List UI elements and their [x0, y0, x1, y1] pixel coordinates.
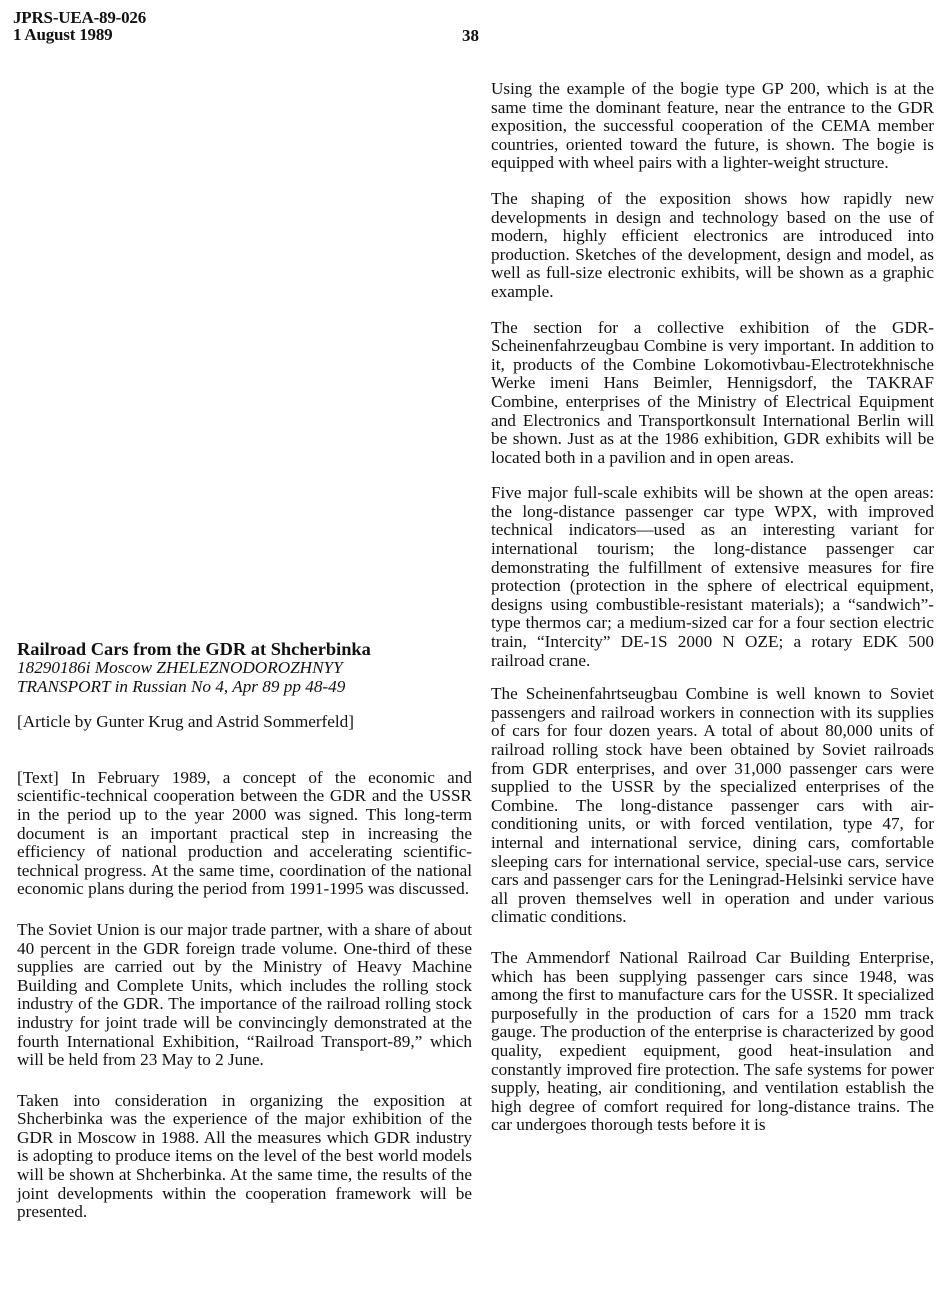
- article-title: Railroad Cars from the GDR at Shcherbink…: [17, 640, 472, 659]
- source-line-1: 18290186i Moscow ZHELEZNODOROZHNYY: [17, 659, 472, 678]
- paragraph: Using the example of the bogie type GP 2…: [491, 80, 934, 173]
- paragraph: Taken into consideration in organizing t…: [17, 1092, 472, 1222]
- paragraph: The Scheinenfahrtseugbau Combine is well…: [491, 685, 934, 927]
- paragraph: The section for a collective exhibition …: [491, 319, 934, 468]
- article-source: 18290186i Moscow ZHELEZNODOROZHNYY TRANS…: [17, 659, 472, 696]
- source-line-2: TRANSPORT in Russian No 4, Apr 89 pp 48-…: [17, 678, 472, 697]
- running-header: JPRS-UEA-89-026 1 August 1989: [13, 9, 146, 43]
- page-number: 38: [462, 27, 479, 44]
- paragraph: [Text] In February 1989, a concept of th…: [17, 769, 472, 899]
- left-column: Railroad Cars from the GDR at Shcherbink…: [17, 640, 472, 1239]
- byline: [Article by Gunter Krug and Astrid Somme…: [17, 713, 472, 732]
- issue-date: 1 August 1989: [13, 26, 146, 43]
- paragraph: The Ammendorf National Railroad Car Buil…: [491, 949, 934, 1135]
- paragraph: The Soviet Union is our major trade part…: [17, 921, 472, 1070]
- paragraph: Five major full-scale exhibits will be s…: [491, 484, 934, 670]
- paragraph: The shaping of the exposition shows how …: [491, 190, 934, 302]
- right-column: Using the example of the bogie type GP 2…: [491, 80, 934, 1152]
- document-id: JPRS-UEA-89-026: [13, 9, 146, 26]
